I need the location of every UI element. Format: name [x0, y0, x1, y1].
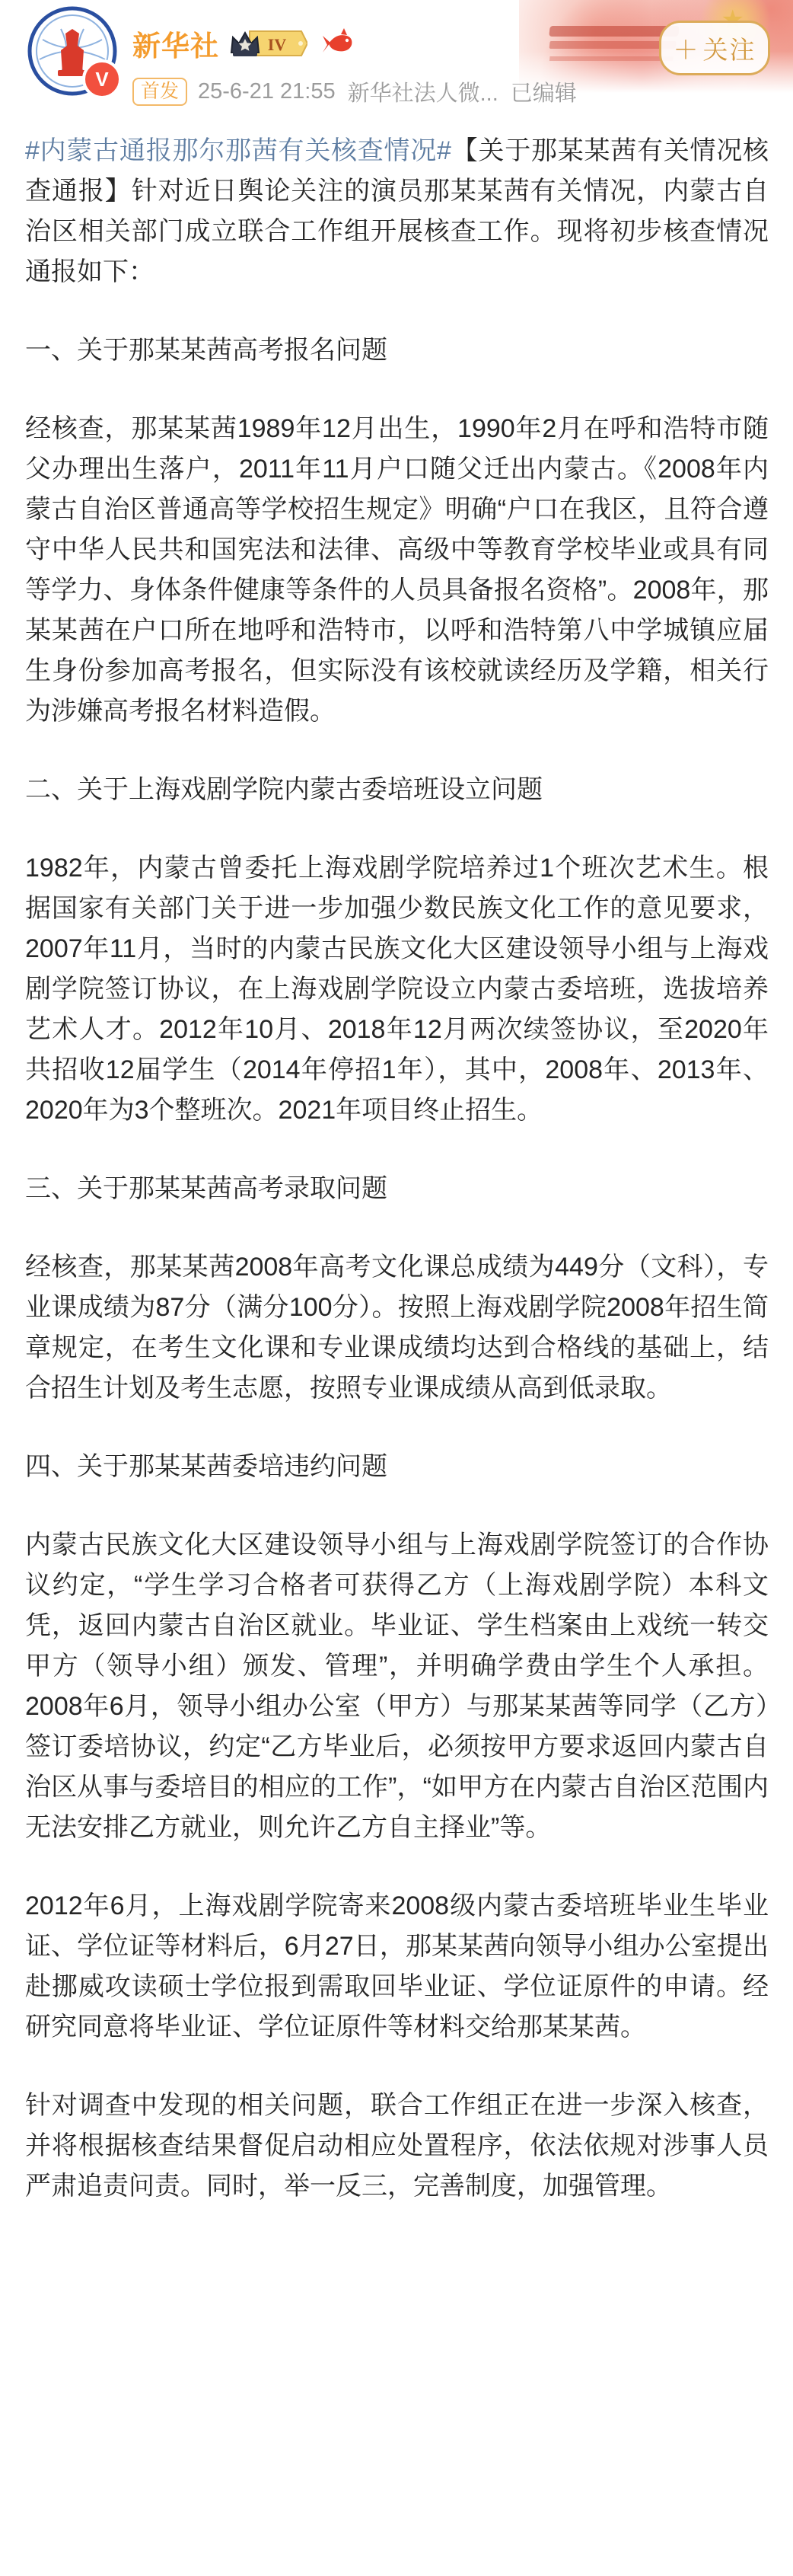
plus-icon: ＋ [674, 30, 700, 66]
follow-button[interactable]: ＋ 关注 [659, 21, 770, 75]
section-2-paragraph: 1982年，内蒙古曾委托上海戏剧学院培养过1个班次艺术生。根据国家有关部门关于进… [25, 848, 769, 1131]
crown-level-icon: IV [227, 27, 307, 60]
post-header: ★ V 新华社 [0, 0, 793, 120]
origin-badge: 首发 [132, 78, 187, 106]
post-timestamp: 25-6-21 21:55 [198, 79, 336, 104]
section-4-paragraph-1: 内蒙古民族文化大区建设领导小组与上海戏剧学院签订的合作协议约定，“学生学习合格者… [25, 1525, 769, 1848]
section-4-heading: 四、关于那某某茜委培违约问题 [25, 1447, 769, 1487]
verified-v-badge: V [82, 59, 122, 99]
post-source: 新华社法人微... [348, 76, 498, 107]
section-2-heading: 二、关于上海戏剧学院内蒙古委培班设立问题 [25, 770, 769, 810]
koi-fish-icon [321, 27, 355, 61]
follow-button-label: 关注 [703, 30, 756, 66]
intro-paragraph: #内蒙古通报那尔那茜有关核查情况#【关于那某某茜有关情况核查通报】针对近日舆论关… [25, 131, 769, 292]
section-4-paragraph-2: 2012年6月，上海戏剧学院寄来2008级内蒙古委培班毕业生毕业证、学位证等材料… [25, 1886, 769, 2048]
avatar[interactable]: V [27, 6, 117, 104]
vip-crown-badge[interactable]: IV [227, 27, 307, 59]
section-1-heading: 一、关于那某某茜高考报名问题 [25, 330, 769, 371]
username[interactable]: 新华社 [132, 23, 219, 64]
topic-hashtag-link[interactable]: #内蒙古通报那尔那茜有关核查情况# [25, 136, 451, 165]
section-3-paragraph: 经核查，那某某茜2008年高考文化课总成绩为449分（文科），专业课成绩为87分… [25, 1247, 769, 1409]
section-3-heading: 三、关于那某某茜高考录取问题 [25, 1169, 769, 1209]
post-body: #内蒙古通报那尔那茜有关核查情况#【关于那某某茜有关情况核查通报】针对近日舆论关… [0, 120, 793, 2268]
section-1-paragraph: 经核查，那某某茜1989年12月出生，1990年2月在呼和浩特市随父办理出生落户… [25, 409, 769, 732]
edited-label: 已编辑 [511, 76, 577, 107]
svg-text:IV: IV [268, 35, 287, 54]
closing-paragraph: 针对调查中发现的相关问题，联合工作组正在进一步深入核查，并将根据核查结果督促启动… [25, 2086, 769, 2207]
